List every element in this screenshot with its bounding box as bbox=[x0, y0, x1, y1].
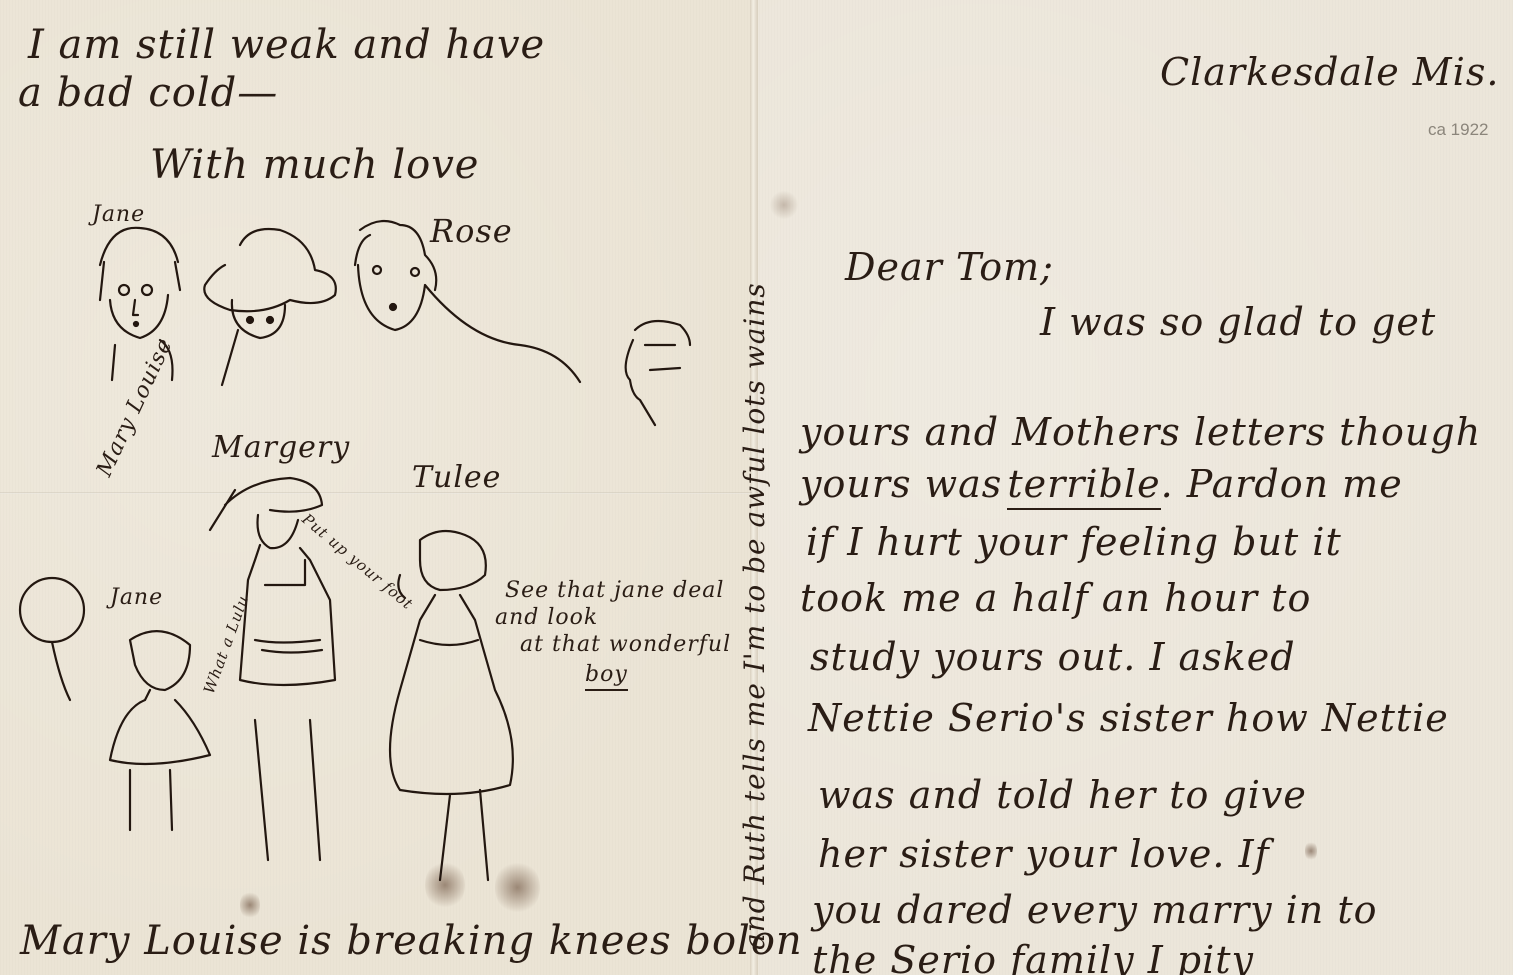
margery-dress-sketch bbox=[240, 515, 335, 860]
letter-place-heading: Clarkesdale Mis. bbox=[1160, 50, 1499, 94]
caption-dress-line-1: See that jane deal bbox=[505, 578, 724, 603]
sketch-label-jane-top: Jane bbox=[92, 202, 145, 227]
body-line-2: yours and Mothers letters though bbox=[800, 410, 1481, 454]
sketch-label-margery: Margery bbox=[212, 430, 350, 465]
body-line-3: yours was terrible. Pardon me bbox=[800, 462, 1403, 506]
ink-stain bbox=[770, 190, 798, 220]
sketch-label-tulee: Tulee bbox=[412, 460, 501, 495]
left-line-2: a bad cold— bbox=[18, 70, 278, 116]
vertical-margin-text: and Ruth tells me I'm to be awful lots w… bbox=[738, 282, 771, 950]
body-line-1: I was so glad to get bbox=[1040, 300, 1436, 344]
tulee-figure-sketch bbox=[390, 531, 513, 880]
body-line-7: Nettie Serio's sister how Nettie bbox=[808, 696, 1449, 740]
profile-sketch bbox=[626, 321, 690, 425]
sketch-label-jane-bottom: Jane bbox=[110, 585, 163, 610]
salutation: Dear Tom; bbox=[845, 245, 1054, 289]
pencil-date-annotation: ca 1922 bbox=[1428, 120, 1489, 140]
jane-bottom-figure-sketch bbox=[110, 631, 210, 830]
body-line-6: study yours out. I asked bbox=[810, 635, 1296, 679]
jane-hair-sketch bbox=[100, 228, 180, 300]
body-line-3-end: . Pardon me bbox=[1161, 462, 1403, 506]
body-line-10: you dared every marry in to bbox=[812, 888, 1378, 932]
body-line-4: if I hurt your feeling but it bbox=[806, 520, 1342, 564]
body-line-8: was and told her to give bbox=[818, 773, 1307, 817]
rose-hair-sketch bbox=[355, 221, 436, 290]
caption-dress-line-3: at that wonderful bbox=[520, 632, 731, 657]
left-bottom-line: Mary Louise is breaking knees bolon bbox=[20, 918, 803, 964]
sketch-label-rose: Rose bbox=[430, 212, 513, 250]
body-line-3-start: yours was bbox=[800, 462, 1002, 506]
ink-stain bbox=[1305, 840, 1317, 862]
caption-dress-line-4: boy bbox=[585, 662, 628, 691]
rose-face-sketch bbox=[358, 265, 580, 382]
body-line-5: took me a half an hour to bbox=[800, 576, 1311, 620]
body-line-9: her sister your love. If bbox=[818, 832, 1270, 876]
caption-dress-line-2: and look bbox=[495, 605, 598, 630]
underlined-word-terrible: terrible bbox=[1007, 462, 1160, 510]
left-line-1: I am still weak and have bbox=[28, 22, 545, 68]
closing-with-much-love: With much love bbox=[150, 142, 479, 188]
body-line-11: the Serio family I pity bbox=[812, 938, 1254, 975]
middle-girl-hair-sketch bbox=[204, 229, 336, 311]
